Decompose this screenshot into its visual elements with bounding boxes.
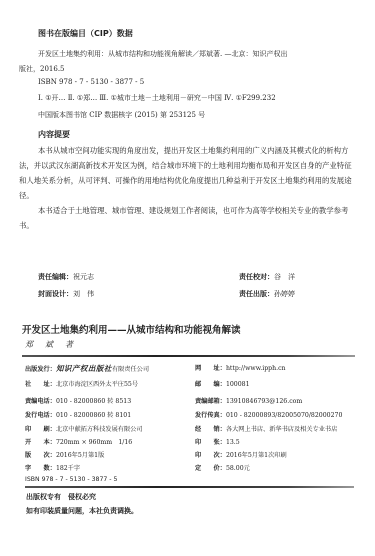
imprint-right-3: 发行传真：010 - 82000893/82005070/82000270 bbox=[195, 410, 342, 419]
website-link: http://www.ipph.cn bbox=[226, 365, 286, 372]
imprint-left-6: 版 次：2016年5月第1版 bbox=[25, 450, 104, 459]
imprint-left-4: 印 刷：北京中献拓方科技发展有限公司 bbox=[25, 424, 143, 433]
imprint-left-0: 出版发行：知识产权出版社有限责任公司 bbox=[25, 363, 149, 374]
cip-classification: Ⅰ. ①开… Ⅱ. ①郑… Ⅲ. ①城市土地－土地利用－研究－中国 Ⅳ. ①F2… bbox=[38, 93, 276, 103]
credit-proof: 责任校对：谷 洋 bbox=[239, 272, 295, 282]
imprint-right-6: 印 次：2016年5月第1次印刷 bbox=[195, 450, 287, 459]
book-author: 郑 斌 著 bbox=[25, 339, 75, 350]
summary-paragraph-2: 本书适合于土地管理、城市管理、建设规划工作者阅读，也可作为高等学校相关专业的教学… bbox=[19, 203, 354, 233]
imprint-right-2: 责编邮箱：13910846793@126.com bbox=[195, 396, 302, 405]
credit-cover-value: 刘 伟 bbox=[73, 290, 94, 298]
summary-paragraph-1: 本书从城市空间功能实现的角度出发，提出开发区土地集约利用的广义内涵及其模式化的析… bbox=[19, 143, 354, 203]
imprint-right-5: 印 张：13.5 bbox=[195, 437, 240, 446]
imprint-left-3: 发行电话：010 - 82000860 转 8101 bbox=[25, 410, 131, 419]
credit-proof-value: 谷 洋 bbox=[274, 273, 295, 281]
credit-publish: 责任出版：孙婷婷 bbox=[239, 289, 295, 299]
credit-proof-label: 责任校对： bbox=[239, 273, 274, 281]
credit-cover: 封面设计：刘 伟 bbox=[38, 289, 94, 299]
email: 13910846793@126.com bbox=[226, 398, 302, 405]
cip-heading: 图书在版编目（CIP）数据 bbox=[38, 28, 133, 39]
cip-number: 中国版本图书馆 CIP 数据核字 (2015) 第 253125 号 bbox=[38, 110, 205, 120]
credit-editor-label: 责任编辑： bbox=[38, 273, 73, 281]
cip-record-line2: 版社，2016.5 bbox=[19, 64, 65, 74]
imprint-left-2: 责编电话：010 - 82000860 转 8513 bbox=[25, 396, 131, 405]
imprint-left-7: 字 数：182千字 bbox=[25, 463, 80, 472]
credit-editor-value: 祝元志 bbox=[73, 273, 94, 281]
divider-top bbox=[22, 355, 355, 357]
book-title: 开发区土地集约利用——从城市结构和功能视角解读 bbox=[22, 322, 241, 336]
cip-isbn: ISBN 978 - 7 - 5130 - 3877 - 5 bbox=[38, 78, 144, 86]
imprint-left-1: 社 址：北京市海淀区西外太平庄55号 bbox=[25, 379, 138, 388]
cip-record-line1: 开发区土地集约利用：从城市结构和功能视角解读／郑斌著. —北京：知识产权出 bbox=[38, 49, 287, 59]
credit-editor: 责任编辑：祝元志 bbox=[38, 272, 94, 282]
imprint-right-7: 定 价：58.00元 bbox=[195, 463, 250, 472]
summary-heading: 内容提要 bbox=[38, 129, 70, 140]
imprint-left-5: 开 本：720mm × 960mm 1/16 bbox=[25, 437, 132, 446]
imprint-right-0: 网 址：http://www.ipph.cn bbox=[195, 363, 286, 372]
quality-notice: 如有印装质量问题，本社负责调换。 bbox=[26, 506, 138, 516]
imprint-isbn: ISBN 978 - 7 - 5130 - 3877 - 5 bbox=[25, 476, 117, 483]
publisher-logo: 知识产权出版社 bbox=[56, 364, 112, 373]
imprint-right-4: 经 销：各大网上书店、新华书店及相关专业书店 bbox=[195, 424, 337, 433]
divider-bottom bbox=[25, 486, 354, 488]
imprint-right-1: 邮 编：100081 bbox=[195, 379, 250, 388]
credit-publish-value: 孙婷婷 bbox=[274, 290, 295, 298]
credit-publish-label: 责任出版： bbox=[239, 290, 274, 298]
credit-cover-label: 封面设计： bbox=[38, 290, 73, 298]
rights-notice: 出版权专有 侵权必究 bbox=[26, 492, 96, 502]
